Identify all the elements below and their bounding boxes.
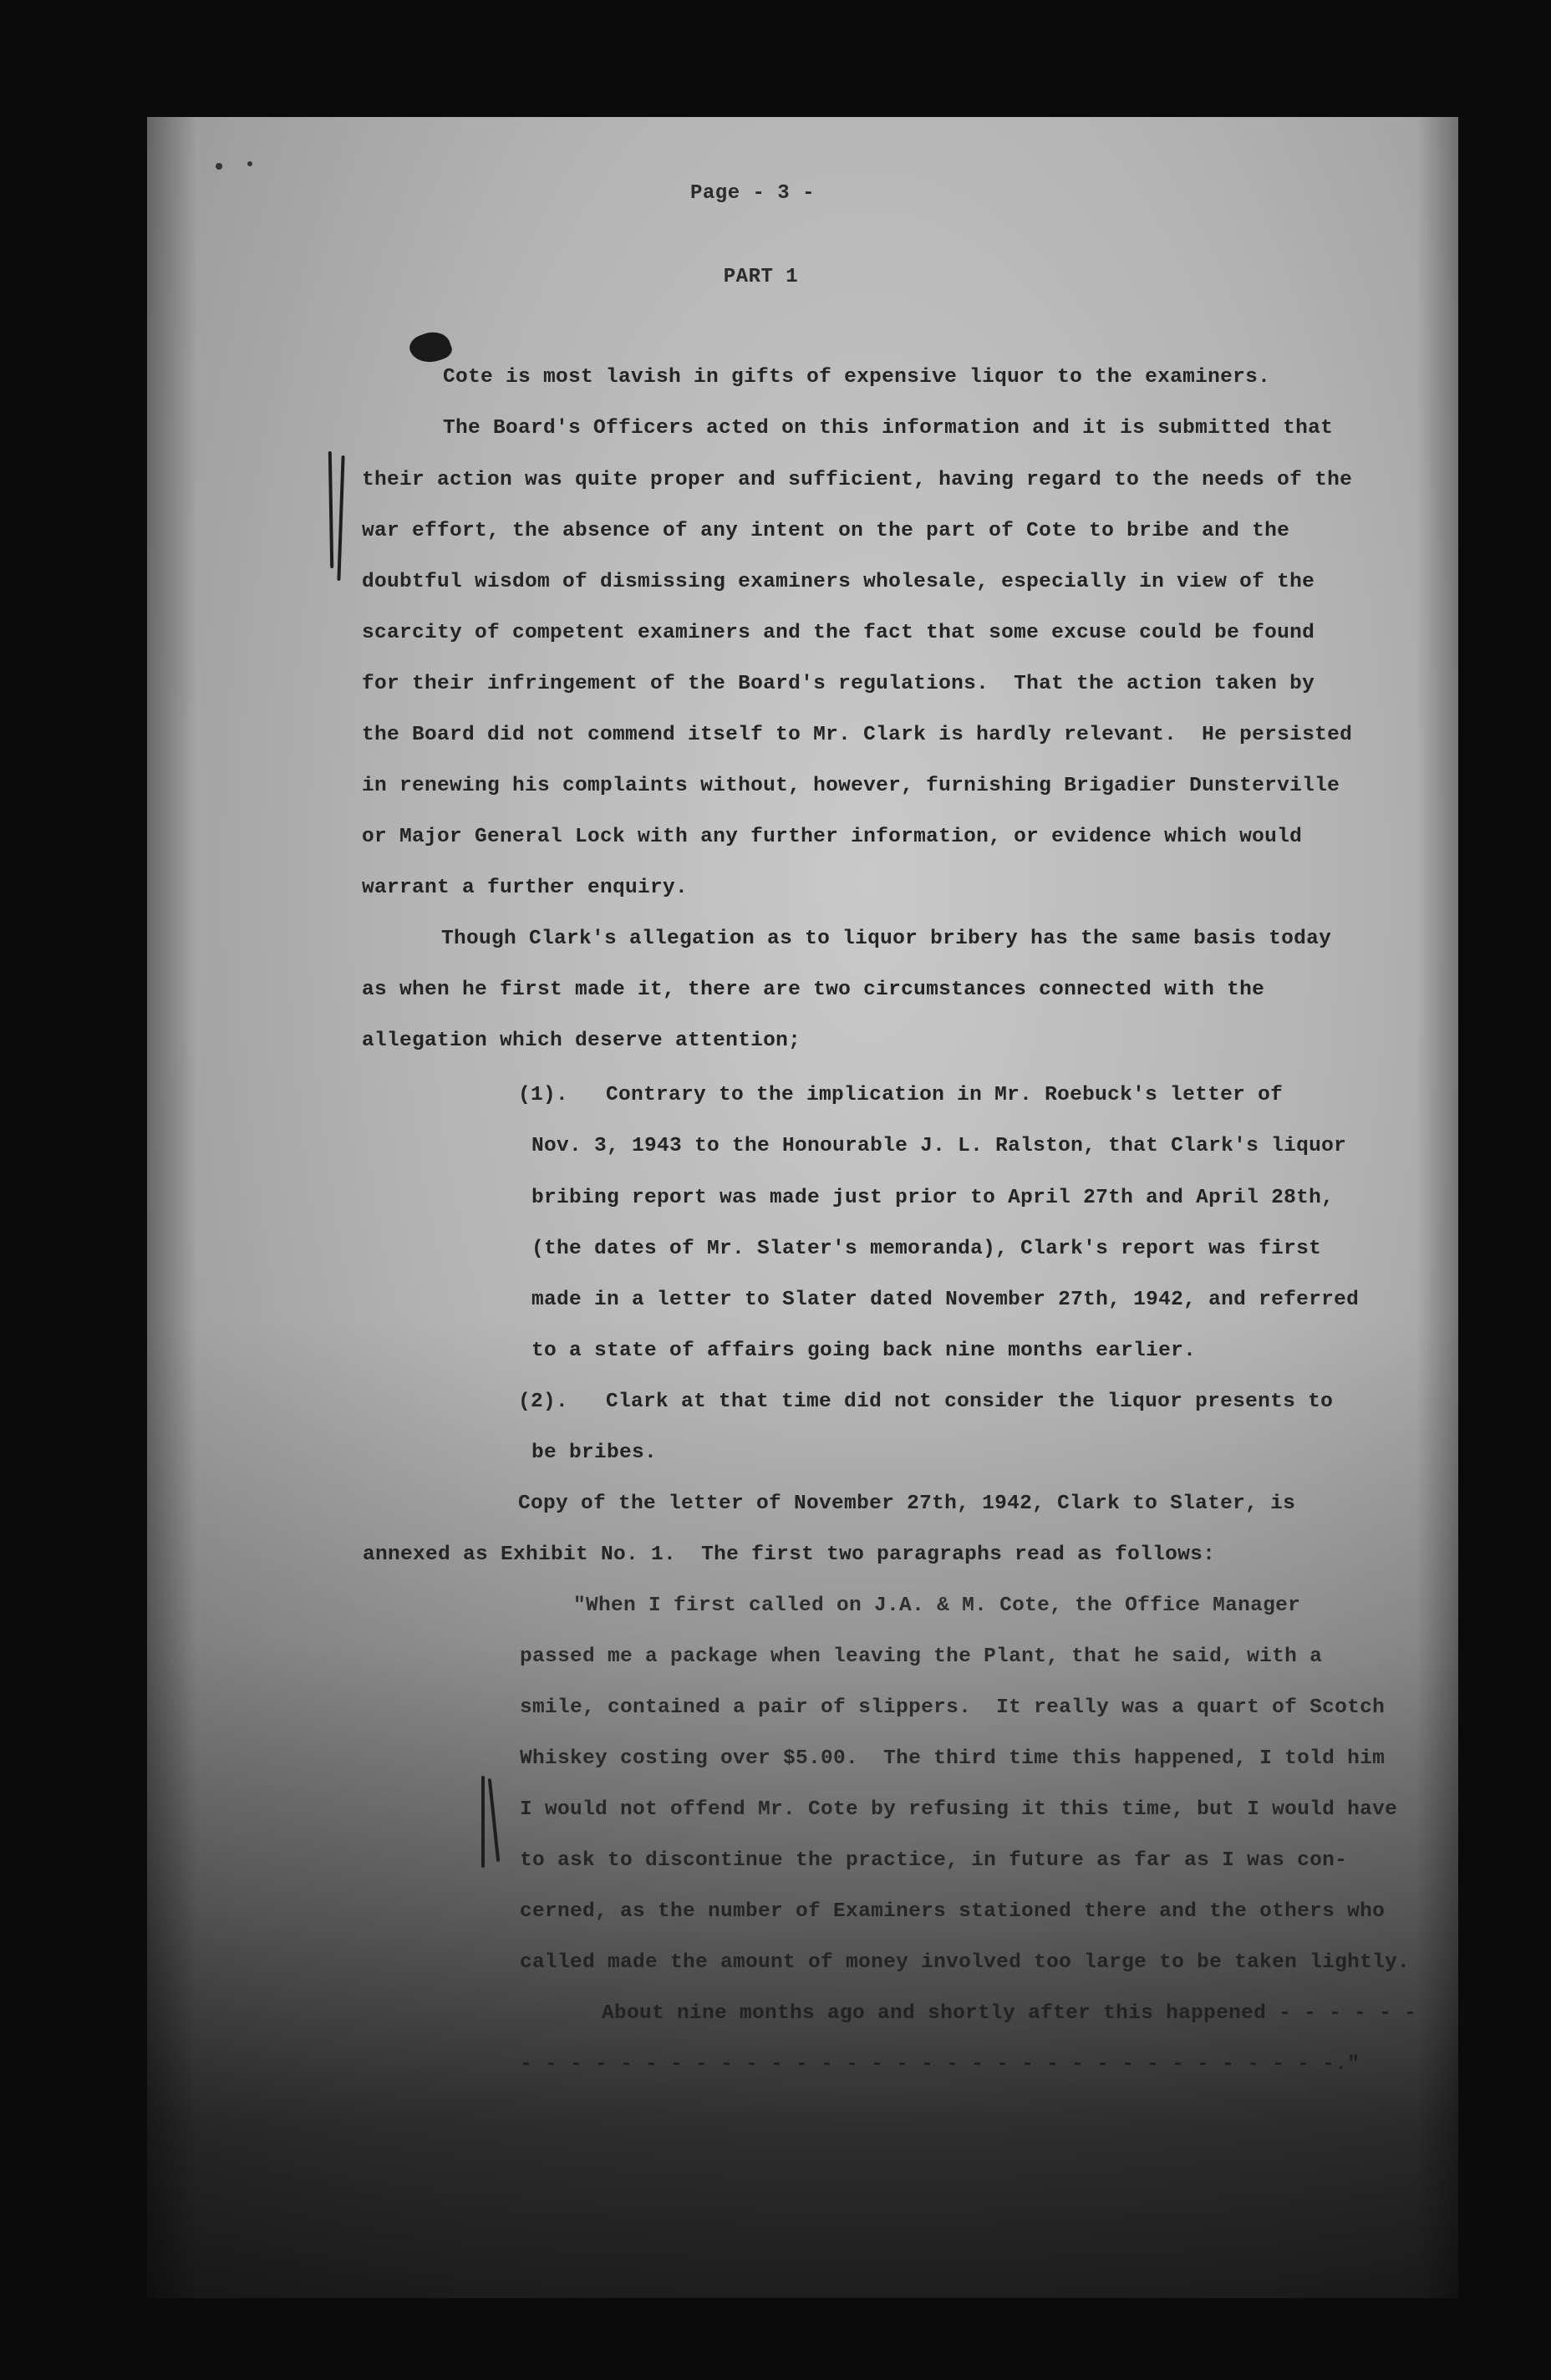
quote-line: I would not offend Mr. Cote by refusing …: [520, 1798, 1397, 1821]
text-line: (the dates of Mr. Slater's memoranda), C…: [531, 1238, 1321, 1260]
document-page: Page - 3 - PART 1 Cote is most lavish in…: [147, 117, 1458, 2298]
text-line: annexed as Exhibit No. 1. The first two …: [363, 1543, 1215, 1566]
quote-line: Whiskey costing over $5.00. The third ti…: [520, 1747, 1385, 1770]
margin-mark-left-2: [337, 455, 344, 581]
text-line: warrant a further enquiry.: [362, 877, 688, 899]
list-item-2: (2). Clark at that time did not consider…: [518, 1391, 1333, 1413]
text-line: be bribes.: [531, 1442, 657, 1464]
text-line: The Board's Officers acted on this infor…: [443, 417, 1333, 440]
text-line: made in a letter to Slater dated Novembe…: [531, 1289, 1359, 1311]
margin-mark-left-1: [328, 451, 333, 568]
margin-mark-quote-1: [481, 1776, 485, 1868]
text-line: doubtful wisdom of dismissing examiners …: [362, 571, 1315, 593]
text-line: to a state of affairs going back nine mo…: [531, 1340, 1196, 1362]
page-number: Page - 3 -: [97, 182, 1408, 205]
ink-blot-mark: [406, 327, 454, 369]
text-line: for their infringement of the Board's re…: [362, 673, 1315, 695]
list-item-1: (1). Contrary to the implication in Mr. …: [518, 1084, 1283, 1106]
speck: [216, 163, 222, 170]
text-line: as when he first made it, there are two …: [362, 979, 1264, 1001]
text-line: Copy of the letter of November 27th, 194…: [518, 1493, 1295, 1515]
text-line: war effort, the absence of any intent on…: [362, 520, 1289, 542]
quote-line: to ask to discontinue the practice, in f…: [520, 1849, 1347, 1872]
text-line: their action was quite proper and suffic…: [362, 469, 1352, 491]
quote-line: "When I first called on J.A. & M. Cote, …: [573, 1594, 1300, 1617]
quote-line: passed me a package when leaving the Pla…: [520, 1645, 1322, 1668]
text-line: bribing report was made just prior to Ap…: [531, 1187, 1334, 1209]
text-line: in renewing his complaints without, howe…: [362, 775, 1340, 797]
speck: [247, 161, 252, 166]
text-line: scarcity of competent examiners and the …: [362, 622, 1315, 644]
quote-line: cerned, as the number of Examiners stati…: [520, 1900, 1385, 1923]
text-line: Though Clark's allegation as to liquor b…: [441, 928, 1331, 950]
text-line: allegation which deserve attention;: [362, 1030, 801, 1052]
text-line: Cote is most lavish in gifts of expensiv…: [443, 366, 1270, 389]
margin-mark-quote-2: [488, 1778, 500, 1862]
text-line: Nov. 3, 1943 to the Honourable J. L. Ral…: [531, 1135, 1346, 1157]
quote-line: called made the amount of money involved…: [520, 1951, 1410, 1974]
text-line: or Major General Lock with any further i…: [362, 826, 1302, 848]
quote-line: - - - - - - - - - - - - - - - - - - - - …: [520, 2053, 1360, 2076]
quote-line: About nine months ago and shortly after …: [602, 2002, 1416, 2025]
quote-line: smile, contained a pair of slippers. It …: [520, 1696, 1385, 1719]
part-heading: PART 1: [105, 266, 1416, 288]
text-line: the Board did not commend itself to Mr. …: [362, 724, 1352, 746]
